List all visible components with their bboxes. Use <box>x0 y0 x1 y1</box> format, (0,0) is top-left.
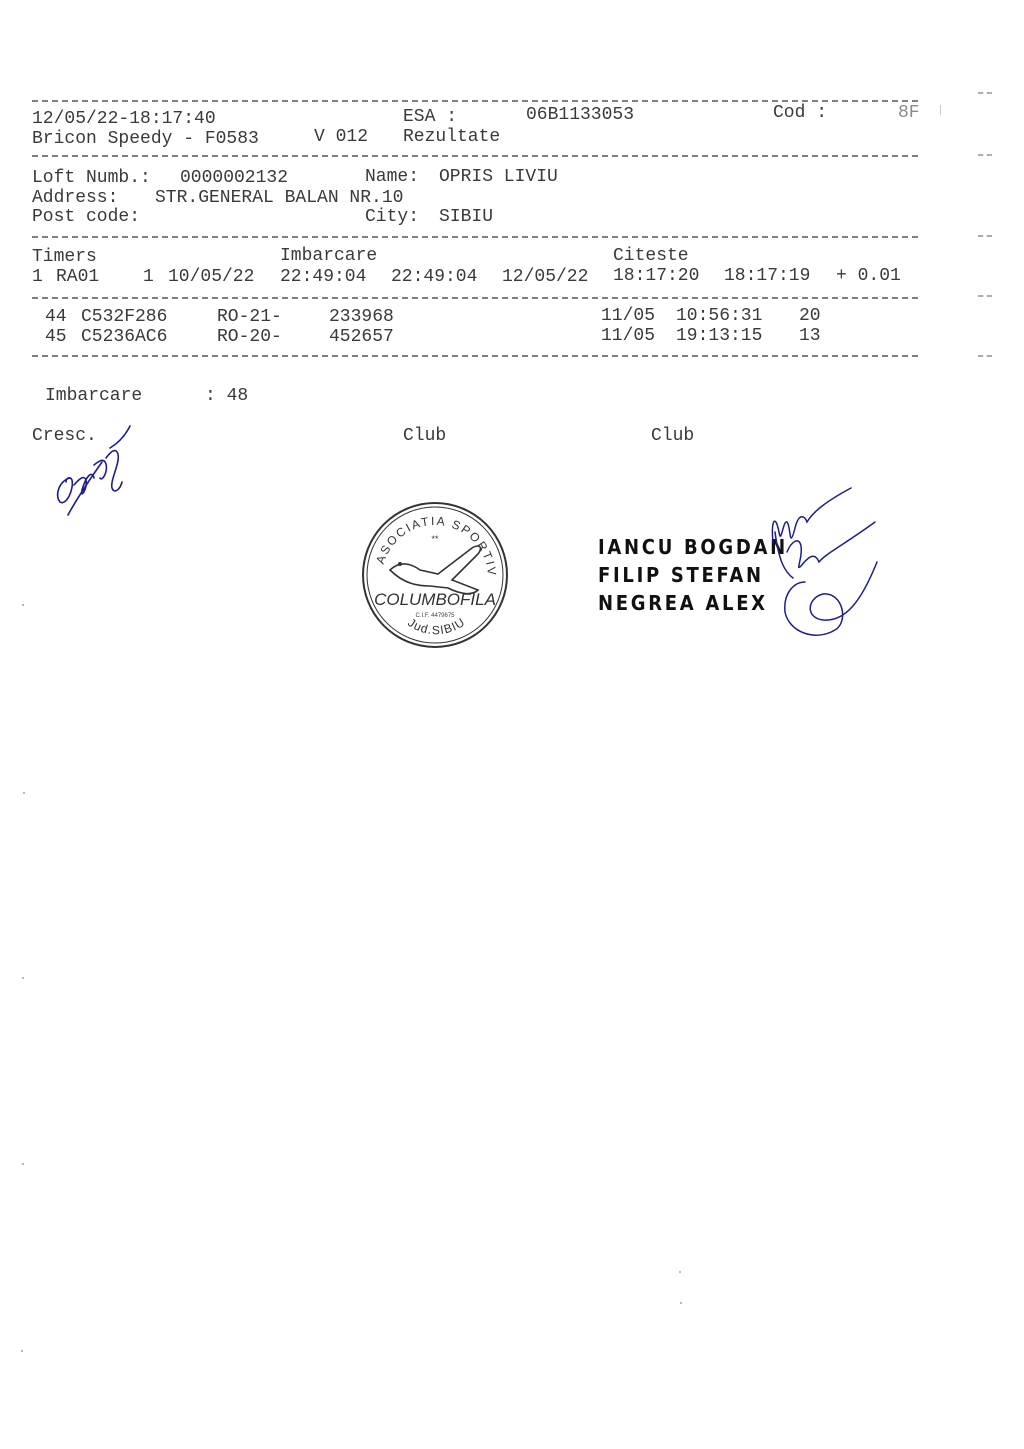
loft-label: Loft Numb.: <box>32 168 151 188</box>
name-label: Name: <box>365 167 419 187</box>
club-stamp: ASOCIATIA SPORTIVA ** COLUMBOFILA C.I.F.… <box>360 500 510 650</box>
bird-date: 11/05 <box>601 306 655 326</box>
esa-label: ESA : <box>403 107 457 127</box>
bird-ring-number: 452657 <box>329 327 394 347</box>
separator <box>978 355 992 357</box>
club-signature-label: Club <box>651 426 694 446</box>
separator <box>32 355 918 357</box>
committee-names: IANCU BOGDAN FILIP STEFAN NEGREA ALEX <box>598 533 788 617</box>
scan-speck <box>679 1271 681 1273</box>
embark-time-1: 22:49:04 <box>280 267 366 287</box>
scan-speck <box>940 105 941 115</box>
address-value: STR.GENERAL BALAN NR.10 <box>155 188 403 208</box>
read-header: Citeste <box>613 246 689 266</box>
bird-time: 19:13:15 <box>676 326 762 346</box>
separator <box>978 154 992 156</box>
stamp-cif: C.I.F. 4479675 <box>415 613 455 619</box>
bird-date: 11/05 <box>601 326 655 346</box>
report-type: Rezultate <box>403 127 500 147</box>
dove-icon <box>390 546 480 594</box>
loft-number: 0000002132 <box>180 168 288 188</box>
read-time-2: 18:17:19 <box>724 266 810 286</box>
read-time-1: 18:17:20 <box>613 266 699 286</box>
separator <box>32 155 918 157</box>
separator <box>32 297 918 299</box>
bird-chip: C5236AC6 <box>81 327 167 347</box>
committee-signatures <box>765 482 885 652</box>
read-date: 12/05/22 <box>502 267 588 287</box>
bird-value: 13 <box>799 326 821 346</box>
timers-header: Timers <box>32 247 97 267</box>
cod-value: 8F <box>898 103 920 123</box>
bird-time: 10:56:31 <box>676 306 762 326</box>
embark-header: Imbarcare <box>280 246 377 266</box>
svg-text:ASOCIATIA SPORTIVA: ASOCIATIA SPORTIVA <box>360 500 499 577</box>
timer-index: 1 <box>32 267 43 287</box>
club-signature-label: Club <box>403 426 446 446</box>
city-label: City: <box>365 207 419 227</box>
separator <box>978 295 992 297</box>
scan-speck <box>680 1302 682 1304</box>
bird-ring-prefix: RO-20- <box>217 327 282 347</box>
cod-label: Cod : <box>773 103 827 123</box>
print-timestamp: 12/05/22-18:17:40 <box>32 109 216 129</box>
device-version: V 012 <box>314 127 368 147</box>
address-label: Address: <box>32 188 118 208</box>
fancier-name: OPRIS LIVIU <box>439 167 558 187</box>
embark-time-2: 22:49:04 <box>391 267 477 287</box>
timer-id: RA01 <box>56 267 99 287</box>
bird-chip: C532F286 <box>81 307 167 327</box>
deviation: + 0.01 <box>836 266 901 286</box>
separator <box>978 235 992 237</box>
scan-speck <box>22 977 24 979</box>
bird-number: 44 <box>45 307 67 327</box>
stamp-center-text: COLUMBOFILA <box>374 590 496 609</box>
scan-speck <box>23 792 25 794</box>
scan-speck <box>22 1163 24 1165</box>
svg-text:**: ** <box>431 534 439 544</box>
city-value: SIBIU <box>439 207 493 227</box>
committee-member: FILIP STEFAN <box>598 561 788 589</box>
stamp-top-text: ASOCIATIA SPORTIVA <box>360 500 499 577</box>
bird-value: 20 <box>799 306 821 326</box>
embark-summary-label: Imbarcare <box>45 386 142 406</box>
timer-count: 1 <box>143 267 154 287</box>
bird-ring-prefix: RO-21- <box>217 307 282 327</box>
scan-speck <box>21 1350 23 1352</box>
committee-member: IANCU BOGDAN <box>598 533 788 561</box>
separator <box>978 92 992 94</box>
embark-date: 10/05/22 <box>168 267 254 287</box>
breeder-signature <box>40 420 150 525</box>
separator <box>32 236 918 238</box>
scan-speck <box>22 604 24 606</box>
esa-value: 06B1133053 <box>526 105 634 125</box>
embark-summary-count: : 48 <box>205 386 248 406</box>
separator <box>32 100 918 102</box>
bird-ring-number: 233968 <box>329 307 394 327</box>
bird-number: 45 <box>45 327 67 347</box>
committee-member: NEGREA ALEX <box>598 589 788 617</box>
postcode-label: Post code: <box>32 207 140 227</box>
device-name: Bricon Speedy - F0583 <box>32 129 259 149</box>
